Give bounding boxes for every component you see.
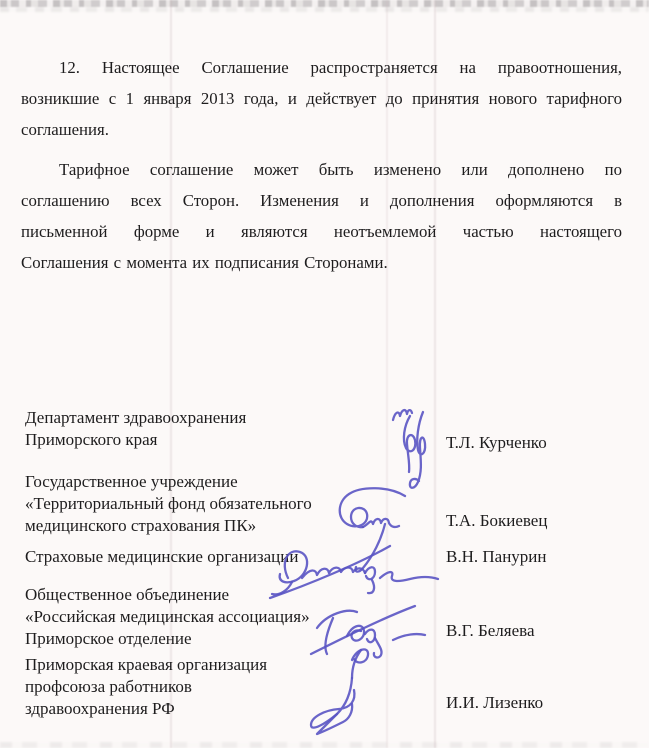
paragraph-line: соглашению всех Сторон. Изменения и допо… bbox=[21, 185, 622, 216]
scan-edge-artifact-top-faint bbox=[0, 7, 649, 12]
scan-edge-artifact-top bbox=[0, 0, 649, 7]
paragraph-line: соглашения. bbox=[21, 114, 622, 145]
scanned-document-page: 12. Настоящее Соглашение распространяетс… bbox=[0, 0, 649, 748]
signatory-organization-medical-association: Общественное объединение «Российская мед… bbox=[25, 584, 310, 650]
paragraph-line: 12. Настоящее Соглашение распространяетс… bbox=[21, 52, 622, 83]
signatory-name: Т.А. Бокиевец bbox=[446, 511, 547, 531]
signatory-name: В.Н. Панурин bbox=[446, 547, 546, 567]
signature-lizenko bbox=[305, 644, 411, 740]
signatory-organization-trade-union: Приморская краевая организация профсоюза… bbox=[25, 654, 267, 720]
signatory-name: Т.Л. Курченко bbox=[446, 433, 547, 453]
scan-edge-artifact-bottom bbox=[0, 742, 649, 748]
paragraph-line: возникшие с 1 января 2013 года, и действ… bbox=[21, 83, 622, 114]
signatory-name: В.Г. Беляева bbox=[446, 621, 535, 641]
signatory-name: И.И. Лизенко bbox=[446, 693, 543, 713]
paragraph-line: Соглашения с момента их подписания Сторо… bbox=[21, 247, 622, 278]
paragraph-line: письменной форме и являются неотъемлемой… bbox=[21, 216, 622, 247]
signatory-organization-insurance: Страховые медицинские организации bbox=[25, 546, 298, 568]
signatory-organization-tfoms: Государственное учреждение «Территориаль… bbox=[25, 471, 312, 537]
paragraph-clause-12: 12. Настоящее Соглашение распространяетс… bbox=[21, 52, 622, 145]
signatory-organization-health-department: Департамент здравоохранения Приморского … bbox=[25, 407, 246, 451]
paragraph-line: Тарифное соглашение может быть изменено … bbox=[21, 154, 622, 185]
signature-kurchenko bbox=[390, 406, 432, 494]
paragraph-amendments: Тарифное соглашение может быть изменено … bbox=[21, 154, 622, 278]
